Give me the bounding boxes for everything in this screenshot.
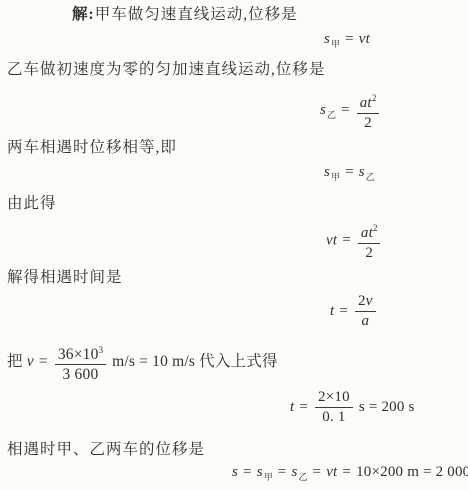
line4-text: 由此得: [7, 194, 57, 213]
fraction: 36×1033 600: [55, 342, 106, 383]
substitution-line: 把 v=36×1033 600m/s = 10 m/s代入上式得: [7, 342, 278, 383]
line7-text: 相遇时甲、乙两车的位移是: [7, 440, 205, 459]
equation-equal-displacement: s甲=s乙: [324, 164, 375, 183]
math-var-t: t: [330, 303, 334, 319]
math-s-jia: s甲: [257, 464, 273, 480]
fraction-numerator: at2: [357, 90, 380, 114]
fraction-numerator: at2: [358, 220, 381, 244]
fraction-numerator: 2v: [355, 293, 376, 312]
math-sub-jia: 甲: [264, 472, 273, 482]
line6-suffix: 代入上式得: [199, 353, 278, 370]
unit-seconds: s: [359, 399, 365, 415]
equals-sign: =: [342, 232, 351, 248]
line5-text: 解得相遇时间是: [7, 268, 123, 287]
exponent-2: 2: [373, 223, 378, 233]
fraction: at22: [357, 90, 380, 132]
math-var-v: v: [366, 293, 373, 309]
math-var-s: s: [320, 102, 326, 118]
math-var-s: s: [232, 464, 238, 480]
math-sub-jia: 甲: [331, 39, 340, 49]
fraction-denominator: 0. 1: [315, 408, 353, 426]
math-var-t: t: [290, 399, 294, 415]
equals-sign: =: [299, 399, 308, 415]
math-var-v: v: [27, 353, 34, 370]
math-sub-yi: 乙: [299, 472, 308, 482]
math-sub-yi: 乙: [327, 110, 336, 120]
equation-vt: vt=at22: [326, 220, 382, 262]
fraction: 2×100. 1: [315, 389, 353, 426]
equation-s-jia: s甲=vt: [324, 31, 370, 50]
line1-text: 甲车做匀速直线运动,位移是: [95, 6, 298, 23]
math-s-jia: s甲: [324, 31, 340, 47]
math-var-vt: vt: [359, 31, 370, 47]
math-sub-jia: 甲: [331, 172, 340, 182]
equals-sign: =: [339, 303, 348, 319]
fraction-numerator: 36×103: [55, 342, 106, 365]
textbook-solution-page: 解:甲车做匀速直线运动,位移是 s甲=vt 乙车做初速度为零的匀加速直线运动,位…: [0, 0, 468, 490]
math-s-jia: s甲: [324, 164, 340, 180]
result-2000m: 10×200 m = 2 000 m: [356, 464, 468, 480]
equation-time-value: t=2×100. 1s= 200 s: [290, 389, 415, 426]
math-var-at: at: [360, 95, 372, 111]
math-s-yi: s乙: [359, 164, 375, 180]
equals-sign: =: [243, 464, 252, 480]
fraction-denominator: 2: [357, 114, 380, 132]
solution-label: 解: [72, 6, 89, 23]
math-var-vt: vt: [326, 464, 337, 480]
line6-units: m/s = 10 m/s: [112, 353, 195, 370]
fraction-denominator: 3 600: [55, 365, 106, 383]
value-36e3: 36×10: [58, 346, 99, 363]
result-200s: = 200 s: [369, 399, 415, 415]
equation-displacement-value: s=s甲=s乙=vt=10×200 m = 2 000 m: [232, 464, 468, 483]
equals-sign: =: [341, 102, 350, 118]
fraction-numerator: 2×10: [315, 389, 353, 408]
equation-s-yi: s乙=at22: [320, 90, 381, 132]
coefficient-2: 2: [358, 293, 366, 309]
line2-text: 乙车做初速度为零的匀加速直线运动,位移是: [7, 60, 325, 79]
exponent-2: 2: [372, 93, 377, 103]
equals-sign: =: [342, 464, 351, 480]
equals-sign: =: [39, 353, 48, 370]
equals-sign: =: [345, 164, 354, 180]
math-s-yi: s乙: [320, 102, 336, 118]
math-sub-yi: 乙: [366, 172, 375, 182]
equals-sign: =: [278, 464, 287, 480]
equals-sign: =: [313, 464, 322, 480]
math-var-s: s: [359, 164, 365, 180]
math-var-at: at: [361, 225, 373, 241]
math-var-s: s: [291, 464, 297, 480]
fraction: 2va: [355, 293, 376, 330]
math-var-s: s: [324, 164, 330, 180]
equals-sign: =: [345, 31, 354, 47]
math-s-yi: s乙: [291, 464, 307, 480]
solution-intro-line: 解:甲车做匀速直线运动,位移是: [72, 5, 298, 24]
line6-prefix: 把: [7, 353, 27, 370]
math-var-s: s: [324, 31, 330, 47]
fraction: at22: [358, 220, 381, 262]
line3-text: 两车相遇时位移相等,即: [7, 138, 177, 157]
fraction-denominator: 2: [358, 244, 381, 262]
equation-time: t=2va: [330, 293, 378, 330]
fraction-denominator: a: [355, 312, 376, 330]
math-var-s: s: [257, 464, 263, 480]
math-var-vt: vt: [326, 232, 337, 248]
exponent-3: 3: [99, 345, 104, 355]
